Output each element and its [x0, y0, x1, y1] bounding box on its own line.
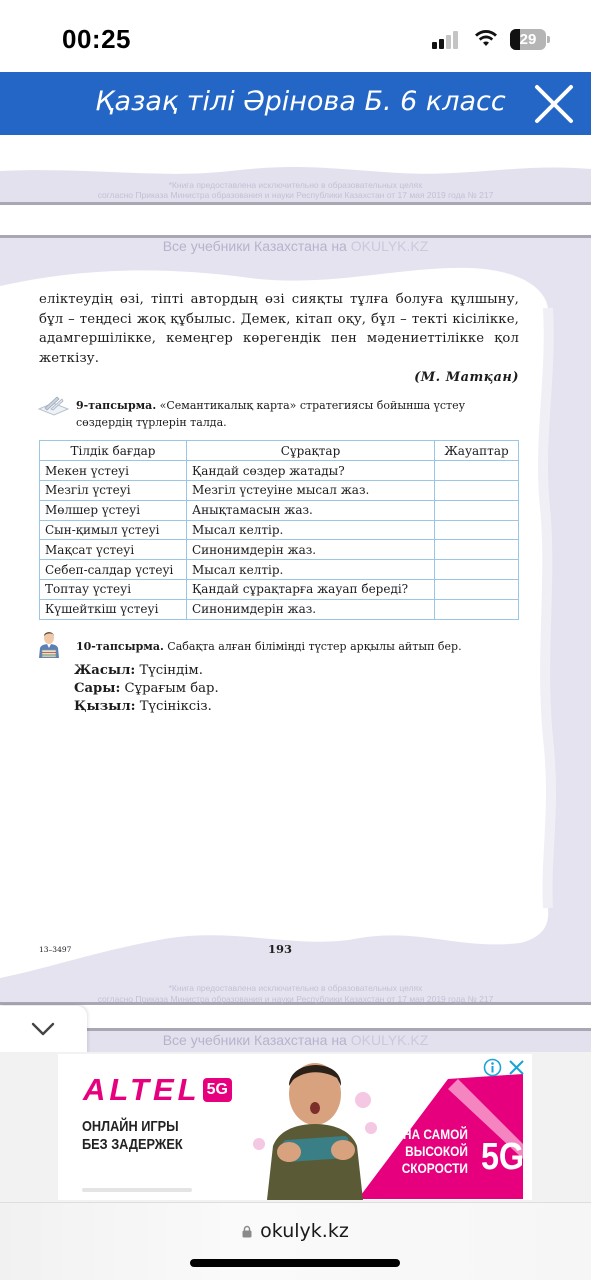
color-legend: Жасыл: Түсіндім. Сары: Сұрағым бар. Қызы…	[39, 662, 519, 717]
ad-promo-text: НА САМОЙ ВЫСОКОЙ СКОРОСТИ 5G	[402, 1126, 468, 1177]
color-item-yellow: Сары: Сұрағым бар.	[74, 680, 519, 698]
app-header: Қазақ тілі Әрінова Б. 6 класс	[0, 72, 591, 135]
color-item-green: Жасыл: Түсіндім.	[74, 662, 519, 680]
answer-cell[interactable]	[435, 520, 519, 540]
ad-brand-badge: 5G	[203, 1078, 232, 1102]
table-body: Мекен үстеуіҚандай сөздер жатады?Мезгіл …	[40, 461, 519, 619]
answer-cell[interactable]	[435, 599, 519, 619]
question-cell: Мысал келтір.	[187, 520, 435, 540]
color-meaning: Түсініксіз.	[136, 699, 212, 714]
adverb-type-cell: Себеп-салдар үстеуі	[40, 560, 187, 580]
color-label: Сары:	[74, 681, 120, 696]
adverb-type-cell: Мезгіл үстеуі	[40, 480, 187, 500]
table-row: Мезгіл үстеуіМезгіл үстеуіне мысал жаз.	[40, 480, 519, 500]
site-watermark: Все учебники Казахстана на OKULYK.KZ	[0, 238, 591, 254]
question-cell: Қандай сұрақтарға жауап береді?	[187, 579, 435, 599]
disclaimer-line-2: согласно Приказа Министра образования и …	[0, 994, 591, 1004]
pencil-notebook-icon	[37, 395, 71, 417]
ad-creative[interactable]: ALTEL5G ОНЛАЙН ИГРЫ БЕЗ ЗАДЕРЖЕК НА САМО…	[58, 1054, 532, 1200]
question-cell: Синонимдерін жаз.	[187, 540, 435, 560]
adverb-type-cell: Топтау үстеуі	[40, 579, 187, 599]
ad-promo-big: 5G	[481, 1138, 524, 1176]
answer-cell[interactable]	[435, 579, 519, 599]
ad-brand: ALTEL	[83, 1072, 201, 1107]
text-paragraph: еліктеудің өзі, тіпті автордың өзі сияқт…	[39, 290, 519, 368]
answer-cell[interactable]	[435, 560, 519, 580]
adverb-type-cell: Сын-қимыл үстеуі	[40, 520, 187, 540]
task-10-label: 10-тапсырма.	[76, 640, 164, 653]
column-header: Сұрақтар	[187, 441, 435, 461]
status-time: 00:25	[62, 24, 131, 55]
site-watermark: Все учебники Казахстана на OKULYK.KZ	[0, 1032, 591, 1048]
battery-level: 29	[510, 29, 546, 50]
task-9-label: 9-тапсырма.	[76, 399, 156, 412]
task-10-text: Сабақта алған біліміңді түстер арқылы ай…	[164, 640, 462, 653]
status-bar: 00:25 29	[0, 0, 591, 72]
column-header: Жауаптар	[435, 441, 519, 461]
color-label: Жасыл:	[74, 663, 135, 678]
url-text: okulyk.kz	[260, 1220, 349, 1242]
answer-cell[interactable]	[435, 500, 519, 520]
ad-headline: ОНЛАЙН ИГРЫ БЕЗ ЗАДЕРЖЕК	[82, 1118, 183, 1154]
ad-brand-logo: ALTEL5G	[83, 1072, 232, 1108]
table-row: Мекен үстеуіҚандай сөздер жатады?	[40, 461, 519, 481]
task-9: 9-тапсырма. «Семантикалық карта» стратег…	[39, 397, 519, 431]
page-number: 193	[268, 942, 292, 956]
ad-info-icon[interactable]	[483, 1058, 502, 1077]
disclaimer-line-1: *Книга предоставлена исключительно в обр…	[0, 180, 591, 190]
document-viewer[interactable]: *Книга предоставлена исключительно в обр…	[0, 135, 591, 1052]
ad-promo-line: НА САМОЙ	[402, 1126, 468, 1143]
adverb-type-cell: Мекен үстеуі	[40, 461, 187, 481]
watermark-brand: OKULYK.KZ	[351, 1032, 429, 1048]
ad-boy-image	[253, 1056, 383, 1200]
ad-close-icon[interactable]	[507, 1058, 526, 1077]
wifi-icon	[474, 28, 498, 48]
question-cell: Синонимдерін жаз.	[187, 599, 435, 619]
column-header: Тілдік бағдар	[40, 441, 187, 461]
answer-cell[interactable]	[435, 540, 519, 560]
previous-page-footer: *Книга предоставлена исключительно в обр…	[0, 165, 591, 205]
color-item-red: Қызыл: Түсініксіз.	[74, 698, 519, 716]
adverb-type-cell: Мөлшер үстеуі	[40, 500, 187, 520]
table-row: Күшейткіш үстеуіСинонимдерін жаз.	[40, 599, 519, 619]
task-10: 10-тапсырма. Сабақта алған біліміңді түс…	[39, 632, 519, 655]
color-label: Қызыл:	[74, 699, 136, 714]
book-title: Қазақ тілі Әрінова Б. 6 класс	[0, 86, 591, 117]
collapse-ad-button[interactable]	[0, 1006, 87, 1054]
color-meaning: Түсіндім.	[135, 663, 203, 678]
question-cell: Мысал келтір.	[187, 560, 435, 580]
ad-banner[interactable]: ALTEL5G ОНЛАЙН ИГРЫ БЕЗ ЗАДЕРЖЕК НА САМО…	[0, 1052, 591, 1202]
adverb-type-cell: Мақсат үстеуі	[40, 540, 187, 560]
table-row: Себеп-салдар үстеуіМысал келтір.	[40, 560, 519, 580]
quote-author: (М. Матқан)	[39, 370, 519, 385]
battery-icon: 29	[510, 29, 550, 50]
disclaimer-line-2: согласно Приказа Министра образования и …	[0, 190, 591, 200]
url-field[interactable]: okulyk.kz	[0, 1220, 591, 1242]
lock-icon	[242, 1221, 252, 1234]
ad-promo-line: ВЫСОКОЙ	[402, 1143, 468, 1160]
table-header-row: Тілдік бағдар Сұрақтар Жауаптар	[40, 441, 519, 461]
footer-code: 13–3497	[39, 945, 71, 954]
page-content: еліктеудің өзі, тіпті автордың өзі сияқт…	[39, 290, 519, 717]
teacher-icon	[38, 630, 60, 658]
watermark-brand: OKULYK.KZ	[351, 238, 429, 254]
chevron-down-icon	[31, 1022, 55, 1036]
table-row: Сын-қимыл үстеуіМысал келтір.	[40, 520, 519, 540]
answer-cell[interactable]	[435, 461, 519, 481]
next-page-header: Все учебники Казахстана на OKULYK.KZ	[0, 1028, 591, 1052]
adverbs-table: Тілдік бағдар Сұрақтар Жауаптар Мекен үс…	[39, 440, 519, 619]
book-page: Все учебники Казахстана на OKULYK.KZ елі…	[0, 235, 591, 1005]
watermark-text: Все учебники Казахстана на	[163, 238, 351, 254]
ad-fine-print	[82, 1188, 192, 1192]
cellular-signal-icon	[432, 31, 462, 49]
ad-headline-line: БЕЗ ЗАДЕРЖЕК	[82, 1136, 183, 1154]
table-row: Мақсат үстеуіСинонимдерін жаз.	[40, 540, 519, 560]
question-cell: Мезгіл үстеуіне мысал жаз.	[187, 480, 435, 500]
browser-address-bar: okulyk.kz	[0, 1202, 591, 1280]
close-icon[interactable]	[533, 83, 575, 125]
ad-promo-line: СКОРОСТИ	[402, 1160, 468, 1177]
question-cell: Қандай сөздер жатады?	[187, 461, 435, 481]
table-row: Топтау үстеуіҚандай сұрақтарға жауап бер…	[40, 579, 519, 599]
table-row: Мөлшер үстеуіАнықтамасын жаз.	[40, 500, 519, 520]
adverb-type-cell: Күшейткіш үстеуі	[40, 599, 187, 619]
color-meaning: Сұрағым бар.	[120, 681, 218, 696]
watermark-text: Все учебники Казахстана на	[163, 1032, 351, 1048]
disclaimer-line-1: *Книга предоставлена исключительно в обр…	[0, 983, 591, 993]
ad-headline-line: ОНЛАЙН ИГРЫ	[82, 1118, 183, 1136]
question-cell: Анықтамасын жаз.	[187, 500, 435, 520]
home-indicator[interactable]	[190, 1259, 400, 1267]
answer-cell[interactable]	[435, 480, 519, 500]
